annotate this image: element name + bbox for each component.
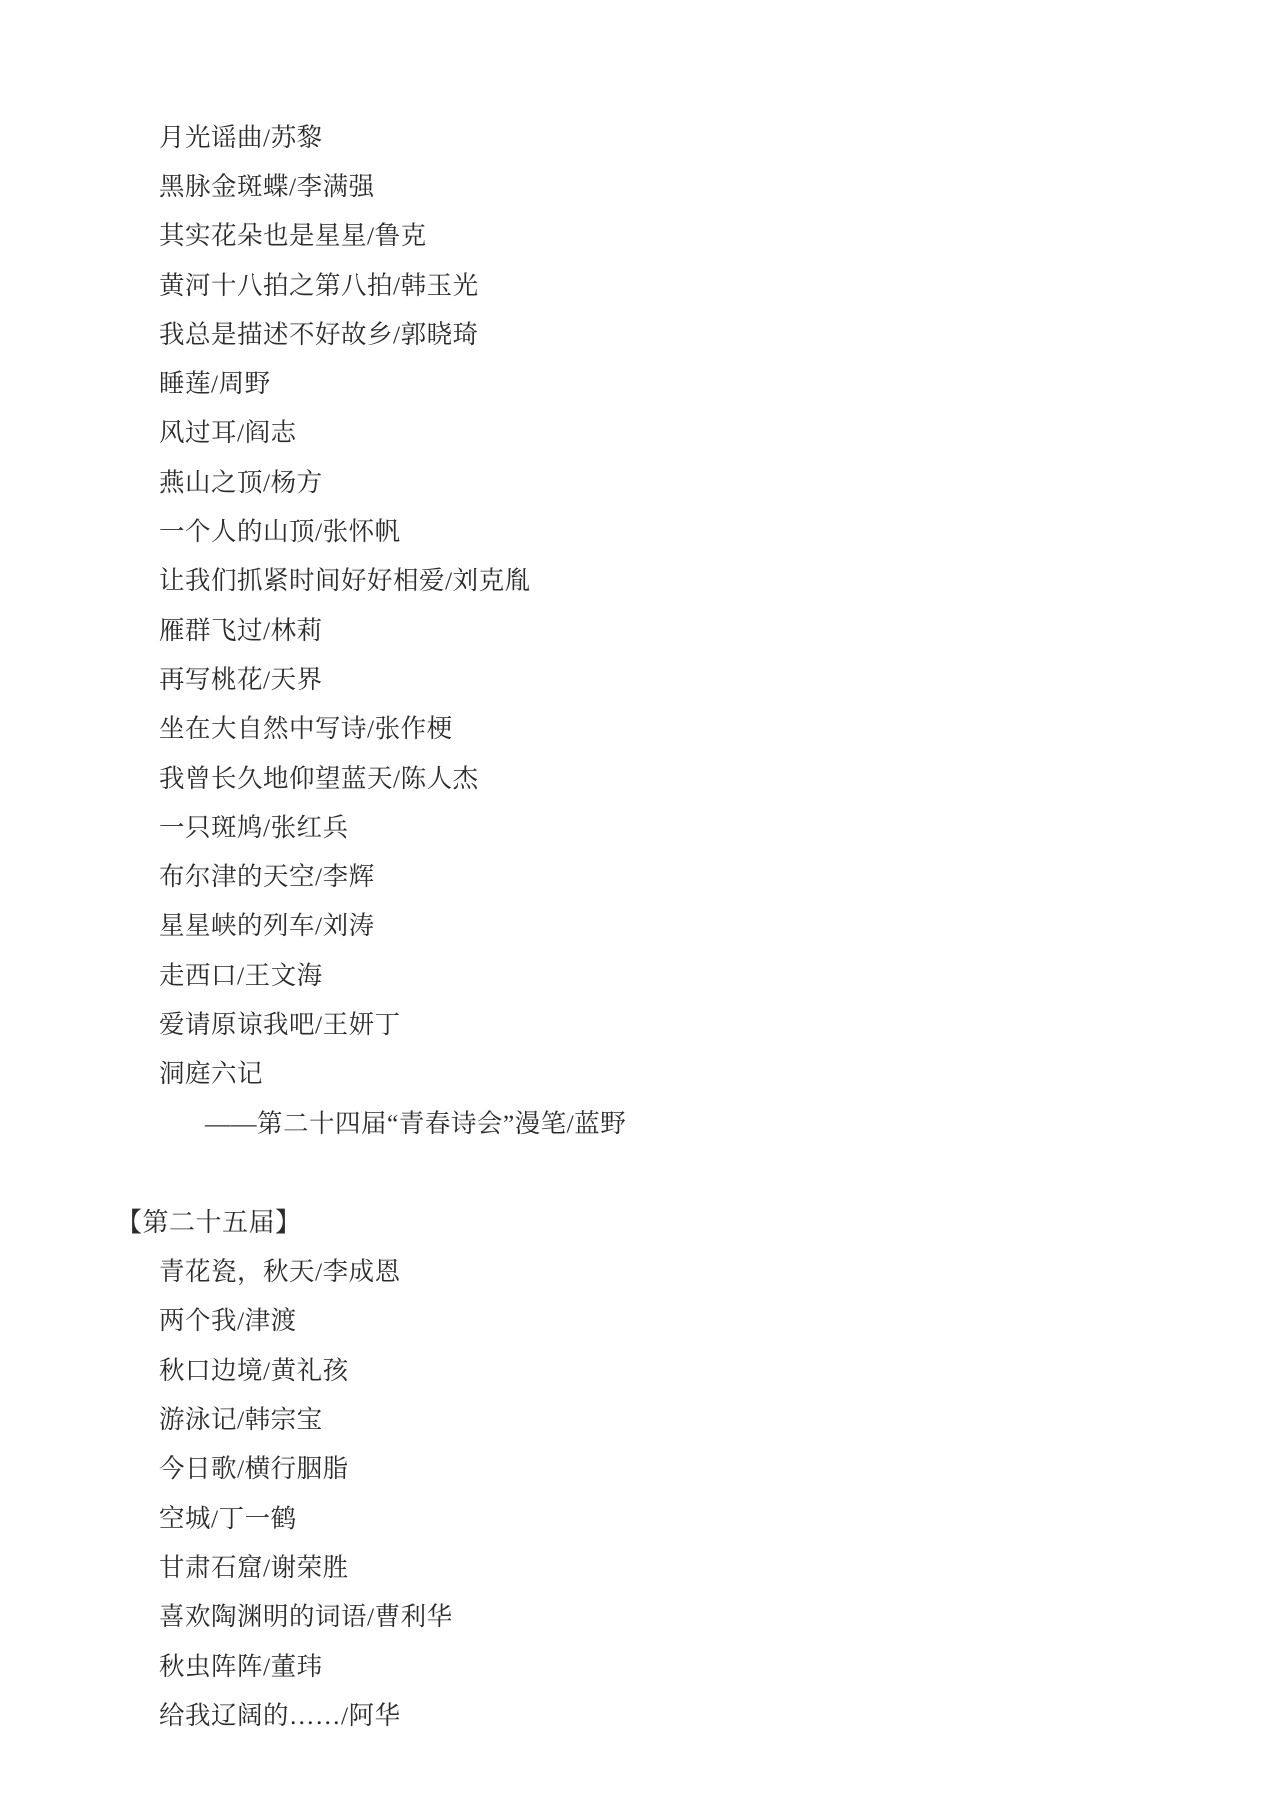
toc-entry: 其实花朵也是星星/鲁克 bbox=[0, 210, 1280, 259]
toc-entry: 秋虫阵阵/董玮 bbox=[0, 1640, 1280, 1689]
toc-entry: 空城/丁一鹤 bbox=[0, 1492, 1280, 1541]
toc-section: 月光谣曲/苏黎黑脉金斑蝶/李满强其实花朵也是星星/鲁克黄河十八拍之第八拍/韩玉光… bbox=[0, 111, 1280, 1146]
toc-entry: 一只斑鸠/张红兵 bbox=[0, 801, 1280, 850]
toc-entry: 喜欢陶渊明的词语/曹利华 bbox=[0, 1591, 1280, 1640]
toc-entry: 我曾长久地仰望蓝天/陈人杰 bbox=[0, 752, 1280, 801]
toc-entry: 爱请原谅我吧/王妍丁 bbox=[0, 998, 1280, 1047]
toc-entry: 坐在大自然中写诗/张作梗 bbox=[0, 703, 1280, 752]
toc-entry: 秋口边境/黄礼孩 bbox=[0, 1344, 1280, 1393]
toc-entry: 燕山之顶/杨方 bbox=[0, 456, 1280, 505]
toc-entry: 雁群飞过/林莉 bbox=[0, 604, 1280, 653]
toc-entry: 我总是描述不好故乡/郭晓琦 bbox=[0, 308, 1280, 357]
toc-entry: 风过耳/阎志 bbox=[0, 407, 1280, 456]
toc-entry: 青花瓷，秋天/李成恩 bbox=[0, 1246, 1280, 1295]
toc-entry: 给我辽阔的……/阿华 bbox=[0, 1689, 1280, 1738]
toc-entry-attribution: ——第二十四届“青春诗会”漫笔/蓝野 bbox=[0, 1097, 1280, 1146]
section-header: 【第二十五届】 bbox=[0, 1196, 1280, 1245]
toc-entry: 睡莲/周野 bbox=[0, 357, 1280, 406]
toc-entry: 一个人的山顶/张怀帆 bbox=[0, 505, 1280, 554]
toc-entry: 两个我/津渡 bbox=[0, 1295, 1280, 1344]
toc-entry: 星星峡的列车/刘涛 bbox=[0, 900, 1280, 949]
table-of-contents: 月光谣曲/苏黎黑脉金斑蝶/李满强其实花朵也是星星/鲁克黄河十八拍之第八拍/韩玉光… bbox=[0, 111, 1280, 1739]
toc-entry: 甘肃石窟/谢荣胜 bbox=[0, 1541, 1280, 1590]
toc-entry: 黑脉金斑蝶/李满强 bbox=[0, 160, 1280, 209]
toc-entry: 再写桃花/天界 bbox=[0, 653, 1280, 702]
document-page: 月光谣曲/苏黎黑脉金斑蝶/李满强其实花朵也是星星/鲁克黄河十八拍之第八拍/韩玉光… bbox=[0, 0, 1280, 1809]
toc-entry: 走西口/王文海 bbox=[0, 949, 1280, 998]
toc-entry: 月光谣曲/苏黎 bbox=[0, 111, 1280, 160]
toc-section: 【第二十五届】青花瓷，秋天/李成恩两个我/津渡秋口边境/黄礼孩游泳记/韩宗宝今日… bbox=[0, 1196, 1280, 1738]
toc-entry: 游泳记/韩宗宝 bbox=[0, 1393, 1280, 1442]
toc-entry: 布尔津的天空/李辉 bbox=[0, 850, 1280, 899]
toc-entry: 黄河十八拍之第八拍/韩玉光 bbox=[0, 259, 1280, 308]
toc-entry: 今日歌/横行胭脂 bbox=[0, 1443, 1280, 1492]
toc-entry: 洞庭六记 bbox=[0, 1048, 1280, 1097]
toc-entry: 让我们抓紧时间好好相爱/刘克胤 bbox=[0, 555, 1280, 604]
